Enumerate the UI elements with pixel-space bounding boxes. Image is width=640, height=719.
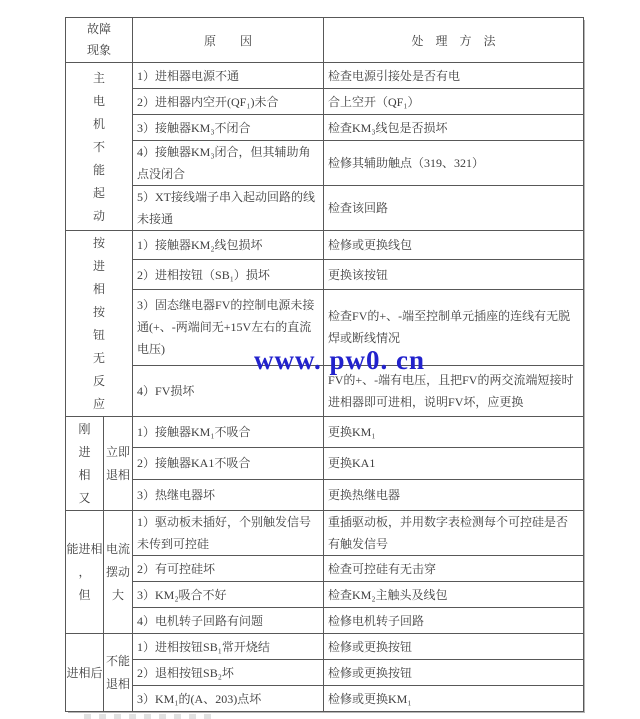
fault-phenomenon-line: 摆动 [104,561,132,583]
fault-phenomenon-line: 相 [66,464,103,486]
cause-cell: 2）接触器KA1不吸合 [133,448,324,479]
fault-phenomenon-line: 相 [66,278,132,300]
cause-cell: 3）热继电器坏 [133,479,324,510]
remedy-cell: 检查KM₂主触头及线包 [324,582,584,608]
fault-phenomenon-line: 按 [66,232,132,254]
fault-phenomenon-line: 钮 [66,324,132,346]
header-cause: 原 因 [133,18,324,63]
table-row: 3）KM₁的(A、203)点坏检修或更换KM₁ [66,686,584,712]
fault-phenomenon-cell: 不能退相 [104,634,133,712]
fault-phenomenon-line: 但 [66,584,103,606]
remedy-cell: 检修或更换线包 [324,231,584,260]
cause-cell: 4）电机转子回路有问题 [133,608,324,634]
table-row: 2）接触器KA1不吸合更换KA1 [66,448,584,479]
cause-cell: 5）XT接线端子串入起动回路的线未接通 [133,186,324,231]
fault-phenomenon-line: 电流 [104,538,132,560]
header-fault-phenomenon: 故障 现象 [66,18,133,63]
fault-phenomenon-line: 电 [66,90,132,112]
fault-phenomenon-cell: 电流摆动大 [104,511,133,634]
fault-phenomenon-cell: 能进相，但 [66,511,104,634]
header-fault-line1: 故障 [66,19,132,40]
fault-phenomenon-line: 主 [66,67,132,89]
fault-phenomenon-line: 机 [66,113,132,135]
fault-phenomenon-line: 能进相 [66,538,103,560]
table-row: 3）固态继电器FV的控制电源未接通(+、-两端间无+15V左右的直流电压)检查F… [66,289,584,365]
fault-phenomenon-line: 无 [66,347,132,369]
fault-phenomenon-cell: 立即退相 [104,417,133,511]
table-row: 进相后不能退相1）进相按钮SB₁常开烧结检修或更换按钮 [66,634,584,660]
fault-phenomenon-line: 刚 [66,418,103,440]
fault-phenomenon-line: 又 [66,487,103,509]
fault-phenomenon-cell: 进相后 [66,634,104,712]
remedy-cell: 检修电机转子回路 [324,608,584,634]
table-row: 3）KM₂吸合不好检查KM₂主触头及线包 [66,582,584,608]
remedy-cell: FV的+、-端有电压，且把FV的两交流端短接时进相器即可进相，说明FV坏，应更换 [324,365,584,416]
remedy-cell: 检修其辅助触点（319、321） [324,141,584,186]
fault-phenomenon-line: 反 [66,370,132,392]
fault-phenomenon-cell: 刚进相又 [66,417,104,511]
cause-cell: 3）KM₁的(A、203)点坏 [133,686,324,712]
fault-phenomenon-line: 应 [66,393,132,415]
remedy-cell: 检查电源引接处是否有电 [324,63,584,89]
remedy-cell: 更换KA1 [324,448,584,479]
table-row: 刚进相又立即退相1）接触器KM₁不吸合更换KM₁ [66,417,584,448]
header-row: 故障 现象 原 因 处 理 方 法 [66,18,584,63]
table-row: 4）接触器KM₃闭合，但其辅助角点没闭合检修其辅助触点（319、321） [66,141,584,186]
remedy-cell: 更换热继电器 [324,479,584,510]
table-row: 按进相按钮无反应1）接触器KM₂线包损坏检修或更换线包 [66,231,584,260]
fault-phenomenon-line: 动 [66,205,132,227]
table-row: 3）热继电器坏更换热继电器 [66,479,584,510]
fault-phenomenon-line: ， [66,561,103,583]
table-row: 5）XT接线端子串入起动回路的线未接通检查该回路 [66,186,584,231]
cause-cell: 4）接触器KM₃闭合，但其辅助角点没闭合 [133,141,324,186]
remedy-cell: 检修或更换按钮 [324,634,584,660]
fault-phenomenon-cell: 按进相按钮无反应 [66,231,133,417]
table-row: 主电机不能起动1）进相器电源不通检查电源引接处是否有电 [66,63,584,89]
cause-cell: 3）固态继电器FV的控制电源未接通(+、-两端间无+15V左右的直流电压) [133,289,324,365]
remedy-cell: 检查该回路 [324,186,584,231]
remedy-cell: 更换该按钮 [324,260,584,289]
fault-phenomenon-line: 起 [66,182,132,204]
table-row: 3）接触器KM₃不闭合检查KM₃线包是否损坏 [66,115,584,141]
table-row: 能进相，但电流摆动大1）驱动板未插好，个别触发信号未传到可控硅重插驱动板，并用数… [66,511,584,556]
cause-cell: 2）进相按钮（SB₁）损坏 [133,260,324,289]
table-row: 4）电机转子回路有问题检修电机转子回路 [66,608,584,634]
header-remedy: 处 理 方 法 [324,18,584,63]
fault-troubleshooting-table: 故障 现象 原 因 处 理 方 法 主电机不能起动1）进相器电源不通检查电源引接… [65,17,584,712]
fault-phenomenon-line: 按 [66,301,132,323]
fault-phenomenon-cell: 主电机不能起动 [66,63,133,231]
cutoff-text-artifact [84,714,212,719]
fault-phenomenon-line: 不 [66,136,132,158]
cause-cell: 2）进相器内空开(QF₁)未合 [133,89,324,115]
cause-cell: 2）有可控硅坏 [133,556,324,582]
fault-phenomenon-line: 能 [66,159,132,181]
remedy-cell: 合上空开（QF₁） [324,89,584,115]
cause-cell: 4）FV损坏 [133,365,324,416]
fault-phenomenon-line: 立即 [104,441,132,463]
cause-cell: 2）退相按钮SB₂坏 [133,660,324,686]
remedy-cell: 检查KM₃线包是否损坏 [324,115,584,141]
remedy-cell: 检查可控硅有无击穿 [324,556,584,582]
fault-phenomenon-line: 进相后 [66,662,103,684]
cause-cell: 1）接触器KM₁不吸合 [133,417,324,448]
fault-phenomenon-line: 不能 [104,650,132,672]
fault-phenomenon-line: 进 [66,255,132,277]
table-row: 4）FV损坏FV的+、-端有电压，且把FV的两交流端短接时进相器即可进相，说明F… [66,365,584,416]
cause-cell: 3）接触器KM₃不闭合 [133,115,324,141]
document-page: 故障 现象 原 因 处 理 方 法 主电机不能起动1）进相器电源不通检查电源引接… [0,0,640,719]
table-row: 2）进相器内空开(QF₁)未合合上空开（QF₁） [66,89,584,115]
cause-cell: 1）进相按钮SB₁常开烧结 [133,634,324,660]
fault-phenomenon-line: 退相 [104,673,132,695]
cause-cell: 3）KM₂吸合不好 [133,582,324,608]
header-fault-line2: 现象 [66,40,132,61]
remedy-cell: 检修或更换KM₁ [324,686,584,712]
remedy-cell: 重插驱动板，并用数字表检测每个可控硅是否有触发信号 [324,511,584,556]
table-row: 2）进相按钮（SB₁）损坏更换该按钮 [66,260,584,289]
cause-cell: 1）进相器电源不通 [133,63,324,89]
remedy-cell: 更换KM₁ [324,417,584,448]
fault-phenomenon-line: 大 [104,584,132,606]
fault-phenomenon-line: 退相 [104,464,132,486]
cause-cell: 1）接触器KM₂线包损坏 [133,231,324,260]
remedy-cell: 检查FV的+、-端至控制单元插座的连线有无脱焊或断线情况 [324,289,584,365]
remedy-cell: 检修或更换按钮 [324,660,584,686]
fault-phenomenon-line: 进 [66,441,103,463]
table-row: 2）有可控硅坏检查可控硅有无击穿 [66,556,584,582]
table-row: 2）退相按钮SB₂坏检修或更换按钮 [66,660,584,686]
cause-cell: 1）驱动板未插好，个别触发信号未传到可控硅 [133,511,324,556]
